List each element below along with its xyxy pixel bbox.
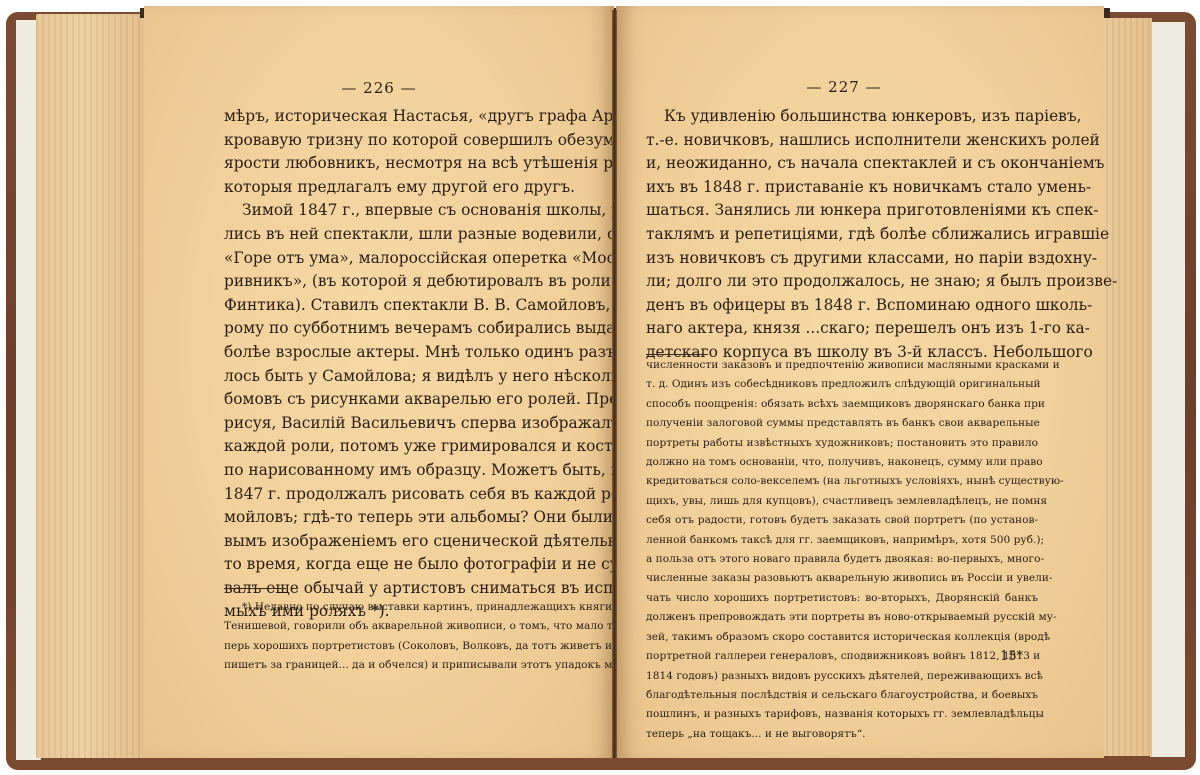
text-line: и, неожиданно, съ начала спектаклей и съ… [646, 152, 1038, 176]
footnote-line: теперь „на тощакъ... и не выговорятъ“. [646, 725, 1038, 744]
text-line: Къ удивленію большинства юнкеровъ, изъ п… [646, 105, 1038, 129]
page-226: — 226 — мѣръ, историческая Настасья, «др… [144, 6, 614, 758]
text-line: 1847 г. продолжалъ рисовать себя въ кажд… [224, 483, 592, 507]
footnote-line: зей, такимъ образомъ скоро составится ис… [646, 628, 1038, 647]
footnote-line: *) Недавно по случаю выставки картинъ, п… [224, 598, 594, 617]
text-line: ривникъ», (въ которой я дебютировалъ въ … [224, 270, 592, 294]
footnote-line: численные заказы разовьютъ акварельную ж… [646, 569, 1038, 588]
footnote-rule [224, 588, 286, 589]
page-stack-left [36, 14, 148, 758]
text-line: денъ въ офицеры въ 1848 г. Вспоминаю одн… [646, 294, 1038, 318]
text-line: каждой роли, потомъ уже гримировался и к… [224, 435, 592, 459]
text-line: бомовъ съ рисунками акварелью его ролей.… [224, 388, 592, 412]
footnote-line: а польза отъ этого новаго правила будетъ… [646, 550, 1038, 569]
text-line: вымъ изображеніемъ его сценической дѣяте… [224, 530, 592, 554]
text-line: которыя предлагалъ ему другой его другъ. [224, 176, 592, 200]
text-line: мѣръ, историческая Настасья, «другъ граф… [224, 105, 592, 129]
footnote-line: Тенишевой, говорили объ акварельной живо… [224, 617, 594, 636]
text-line: рисуя, Василій Васильевичъ сперва изобра… [224, 412, 592, 436]
text-line: болѣе взрослые актеры. Мнѣ только одинъ … [224, 341, 592, 365]
text-line: изъ новичковъ съ другими классами, но па… [646, 247, 1038, 271]
footnote-line: щихъ, увы, лишь для купцовъ), счастливец… [646, 492, 1038, 511]
text-line: лись въ ней спектакли, шли разные водеви… [224, 223, 592, 247]
footnote-line: численности заказовъ и предпочтенію живо… [646, 356, 1038, 375]
text-line: лось быть у Самойлова; я видѣлъ у него н… [224, 365, 592, 389]
footnote-line: кредитоваться соло-векселемъ (на льготны… [646, 472, 1038, 491]
footnote-line: 1814 годовъ) разныхъ видовъ русскихъ дѣя… [646, 667, 1038, 686]
text-line: ярости любовникъ, несмотря на всѣ утѣшен… [224, 152, 592, 176]
footnote-line: себя отъ радости, готовъ будетъ заказать… [646, 511, 1038, 530]
footnote-line: чать число хорошихъ портретистовъ: во-вт… [646, 589, 1038, 608]
footnote-line: полученіи залоговой суммы представлять в… [646, 414, 1038, 433]
text-line: мойловъ; гдѣ-то теперь эти альбомы? Они … [224, 506, 592, 530]
footnote-line: пишетъ за границей... да и обчелся) и пр… [224, 656, 594, 675]
text-line: то время, когда еще не было фотографіи и… [224, 553, 592, 577]
footnote: *) Недавно по случаю выставки картинъ, п… [224, 598, 594, 676]
footnote-line: должно на томъ основаніи, что, получивъ,… [646, 453, 1038, 472]
page-227: — 227 — Къ удивленію большинства юнкеров… [616, 6, 1104, 758]
footnote: численности заказовъ и предпочтенію живо… [646, 356, 1038, 744]
footnote-rule [646, 354, 708, 355]
page-number: — 227 — [616, 78, 1072, 96]
endpaper-right [1150, 22, 1185, 757]
footnote-line: долженъ препровождать эти портреты въ но… [646, 608, 1038, 627]
text-line: «Горе отъ ума», малороссійская оперетка … [224, 247, 592, 271]
text-line: кровавую тризну по которой совершилъ обе… [224, 129, 592, 153]
body-text: Къ удивленію большинства юнкеровъ, изъ п… [646, 105, 1038, 365]
footnote-line: благодѣтельныя послѣдствія и сельскаго б… [646, 686, 1038, 705]
signature-mark: 15* [1000, 649, 1023, 664]
text-line: таклямъ и репетиціями, гдѣ болѣе сближал… [646, 223, 1038, 247]
text-line: по нарисованному имъ образцу. Можетъ быт… [224, 459, 592, 483]
text-line: ли; долго ли это продолжалось, не знаю; … [646, 270, 1038, 294]
body-text: мѣръ, историческая Настасья, «другъ граф… [224, 105, 592, 624]
text-line: наго актера, князя ...скаго; перешелъ он… [646, 317, 1038, 341]
text-line: Зимой 1847 г., впервые съ основанія школ… [224, 199, 592, 223]
page-number: — 226 — [144, 79, 614, 97]
footnote-line: портреты работы извѣстныхъ художниковъ; … [646, 434, 1038, 453]
text-line: ихъ въ 1848 г. приставаніе къ новичкамъ … [646, 176, 1038, 200]
footnote-line: портретной галлереи генераловъ, сподвижн… [646, 647, 1038, 666]
page-stack-right [1100, 18, 1152, 756]
book-gutter [612, 10, 617, 758]
text-line: шаться. Занялись ли юнкера приготовленія… [646, 199, 1038, 223]
text-line: т.-е. новичковъ, нашлись исполнители жен… [646, 129, 1038, 153]
footnote-line: пошлинъ, и разныхъ тарифовъ, названія ко… [646, 705, 1038, 724]
footnote-line: способъ поощренія: обязать всѣхъ заемщик… [646, 395, 1038, 414]
text-line: Финтика). Ставилъ спектакли В. В. Самойл… [224, 294, 592, 318]
footnote-line: перь хорошихъ портретистовъ (Соколовъ, В… [224, 637, 594, 656]
text-line: рому по субботнимъ вечерамъ собирались в… [224, 317, 592, 341]
footnote-line: т. д. Одинъ изъ собесѣдниковъ предложилъ… [646, 375, 1038, 394]
footnote-line: ленной банкомъ таксѣ для гг. заемщиковъ,… [646, 531, 1038, 550]
